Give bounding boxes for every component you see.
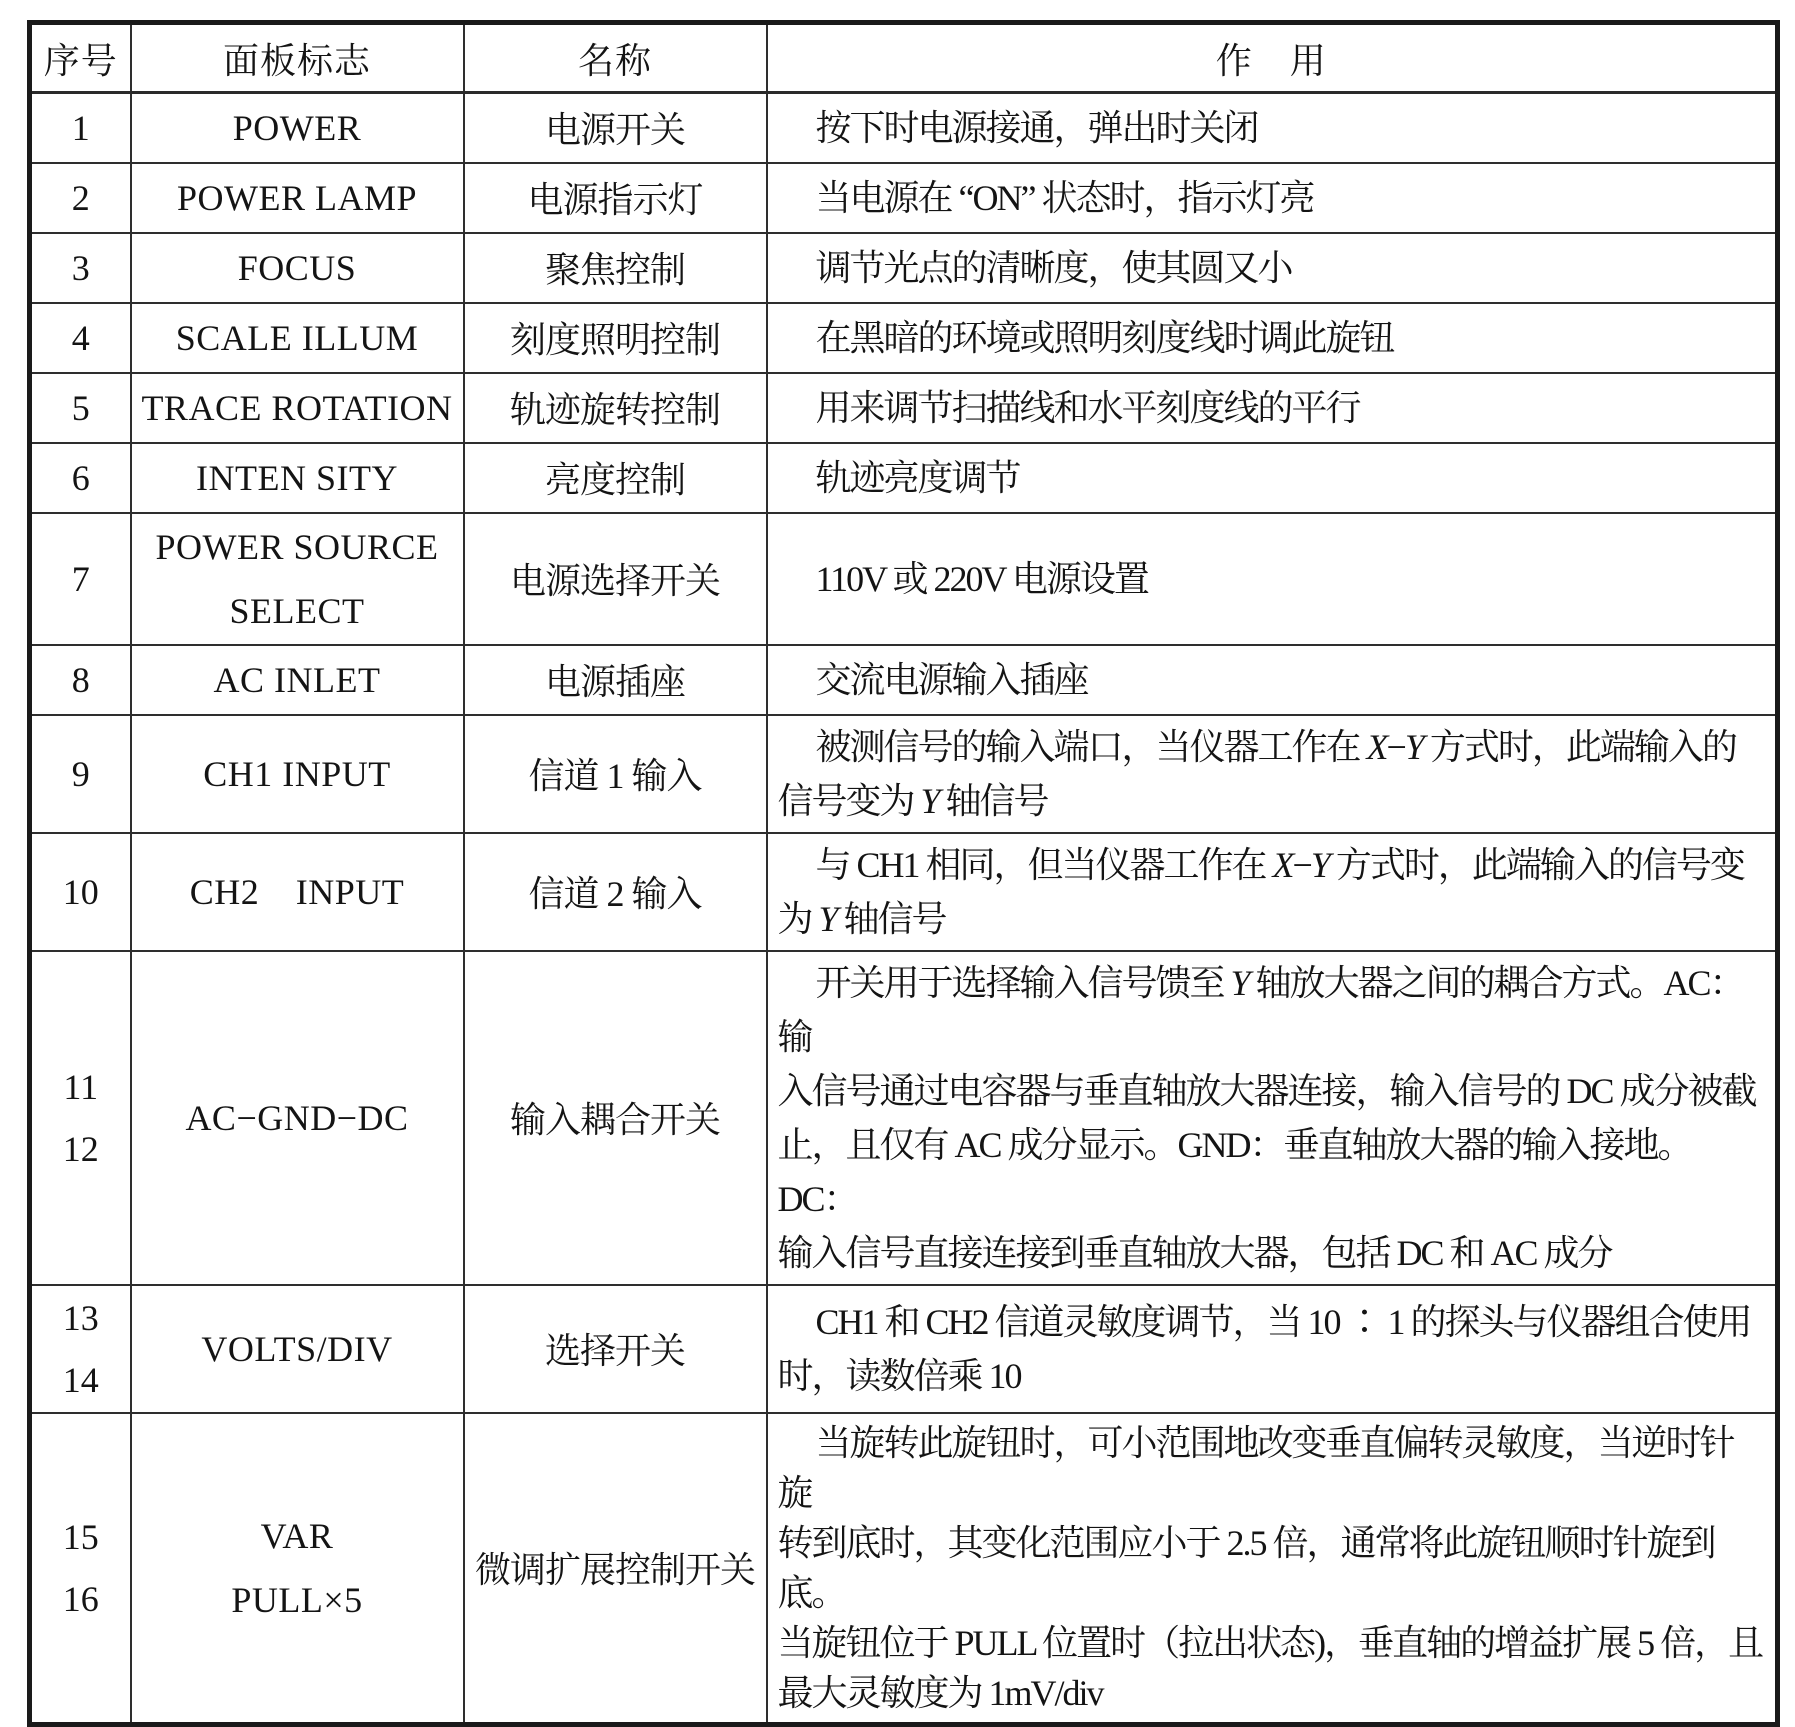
table-row: 11 12 AC−GND−DC 输入耦合开关 开关用于选择输入信号馈至 Y 轴放… [30, 951, 1778, 1285]
cell-function: 与 CH1 相同，但当仪器工作在 X−Y 方式时，此端输入的信号变 为 Y 轴信… [767, 833, 1778, 951]
cell-no: 15 16 [30, 1413, 131, 1725]
cell-function: 开关用于选择输入信号馈至 Y 轴放大器之间的耦合方式。AC：输 入信号通过电容器… [767, 951, 1778, 1285]
header-no: 序号 [30, 23, 131, 93]
cell-panel: POWER [131, 93, 464, 163]
cell-name: 电源选择开关 [464, 513, 767, 645]
cell-function: 调节光点的清晰度，使其圆又小 [767, 233, 1778, 303]
cell-function: 在黑暗的环境或照明刻度线时调此旋钮 [767, 303, 1778, 373]
cell-panel: TRACE ROTATION [131, 373, 464, 443]
cell-function: 110V 或 220V 电源设置 [767, 513, 1778, 645]
table-row: 3 FOCUS 聚焦控制 调节光点的清晰度，使其圆又小 [30, 233, 1778, 303]
table-row: 4 SCALE ILLUM 刻度照明控制 在黑暗的环境或照明刻度线时调此旋钮 [30, 303, 1778, 373]
cell-panel: POWER LAMP [131, 163, 464, 233]
cell-panel: AC−GND−DC [131, 951, 464, 1285]
cell-name: 电源指示灯 [464, 163, 767, 233]
cell-no: 8 [30, 645, 131, 715]
cell-name: 亮度控制 [464, 443, 767, 513]
cell-no: 4 [30, 303, 131, 373]
cell-function: 当电源在 “ON” 状态时，指示灯亮 [767, 163, 1778, 233]
table-row: 8 AC INLET 电源插座 交流电源输入插座 [30, 645, 1778, 715]
cell-name: 电源插座 [464, 645, 767, 715]
table-row: 5 TRACE ROTATION 轨迹旋转控制 用来调节扫描线和水平刻度线的平行 [30, 373, 1778, 443]
cell-name: 电源开关 [464, 93, 767, 163]
cell-no: 6 [30, 443, 131, 513]
cell-no: 13 14 [30, 1285, 131, 1413]
oscilloscope-panel-control-table: 序号 面板标志 名称 作 用 1 POWER 电源开关 按下时电源接通，弹出时关… [27, 20, 1780, 1727]
cell-panel: VOLTS/DIV [131, 1285, 464, 1413]
cell-name: 刻度照明控制 [464, 303, 767, 373]
table-row: 6 INTEN SITY 亮度控制 轨迹亮度调节 [30, 443, 1778, 513]
cell-name: 输入耦合开关 [464, 951, 767, 1285]
cell-function: 轨迹亮度调节 [767, 443, 1778, 513]
table-row: 2 POWER LAMP 电源指示灯 当电源在 “ON” 状态时，指示灯亮 [30, 163, 1778, 233]
header-panel: 面板标志 [131, 23, 464, 93]
table-row: 13 14 VOLTS/DIV 选择开关 CH1 和 CH2 信道灵敏度调节，当… [30, 1285, 1778, 1413]
table-row: 7 POWER SOURCE SELECT 电源选择开关 110V 或 220V… [30, 513, 1778, 645]
cell-function: 被测信号的输入端口，当仪器工作在 X−Y 方式时，此端输入的 信号变为 Y 轴信… [767, 715, 1778, 833]
cell-no: 11 12 [30, 951, 131, 1285]
cell-name: 信道 1 输入 [464, 715, 767, 833]
cell-panel: VAR PULL×5 [131, 1413, 464, 1725]
cell-name: 微调扩展控制开关 [464, 1413, 767, 1725]
cell-name: 轨迹旋转控制 [464, 373, 767, 443]
cell-no: 5 [30, 373, 131, 443]
cell-name: 信道 2 输入 [464, 833, 767, 951]
header-name: 名称 [464, 23, 767, 93]
header-function: 作 用 [767, 23, 1778, 93]
cell-panel: CH2 INPUT [131, 833, 464, 951]
cell-function: CH1 和 CH2 信道灵敏度调节，当 10 ∶ 1 的探头与仪器组合使用 时，… [767, 1285, 1778, 1413]
cell-no: 9 [30, 715, 131, 833]
cell-name: 聚焦控制 [464, 233, 767, 303]
cell-panel: INTEN SITY [131, 443, 464, 513]
cell-function: 用来调节扫描线和水平刻度线的平行 [767, 373, 1778, 443]
document-page: 序号 面板标志 名称 作 用 1 POWER 电源开关 按下时电源接通，弹出时关… [0, 0, 1795, 1468]
cell-panel: SCALE ILLUM [131, 303, 464, 373]
cell-panel: POWER SOURCE SELECT [131, 513, 464, 645]
cell-no: 1 [30, 93, 131, 163]
cell-no: 3 [30, 233, 131, 303]
cell-name: 选择开关 [464, 1285, 767, 1413]
cell-no: 7 [30, 513, 131, 645]
table-row: 15 16 VAR PULL×5 微调扩展控制开关 当旋转此旋钮时，可小范围地改… [30, 1413, 1778, 1725]
table-row: 1 POWER 电源开关 按下时电源接通，弹出时关闭 [30, 93, 1778, 163]
cell-function: 交流电源输入插座 [767, 645, 1778, 715]
header-row: 序号 面板标志 名称 作 用 [30, 23, 1778, 93]
cell-no: 2 [30, 163, 131, 233]
table-row: 10 CH2 INPUT 信道 2 输入 与 CH1 相同，但当仪器工作在 X−… [30, 833, 1778, 951]
cell-panel: AC INLET [131, 645, 464, 715]
cell-no: 10 [30, 833, 131, 951]
table-row: 9 CH1 INPUT 信道 1 输入 被测信号的输入端口，当仪器工作在 X−Y… [30, 715, 1778, 833]
cell-panel: FOCUS [131, 233, 464, 303]
cell-function: 按下时电源接通，弹出时关闭 [767, 93, 1778, 163]
cell-function: 当旋转此旋钮时，可小范围地改变垂直偏转灵敏度，当逆时针旋 转到底时，其变化范围应… [767, 1413, 1778, 1725]
cell-panel: CH1 INPUT [131, 715, 464, 833]
